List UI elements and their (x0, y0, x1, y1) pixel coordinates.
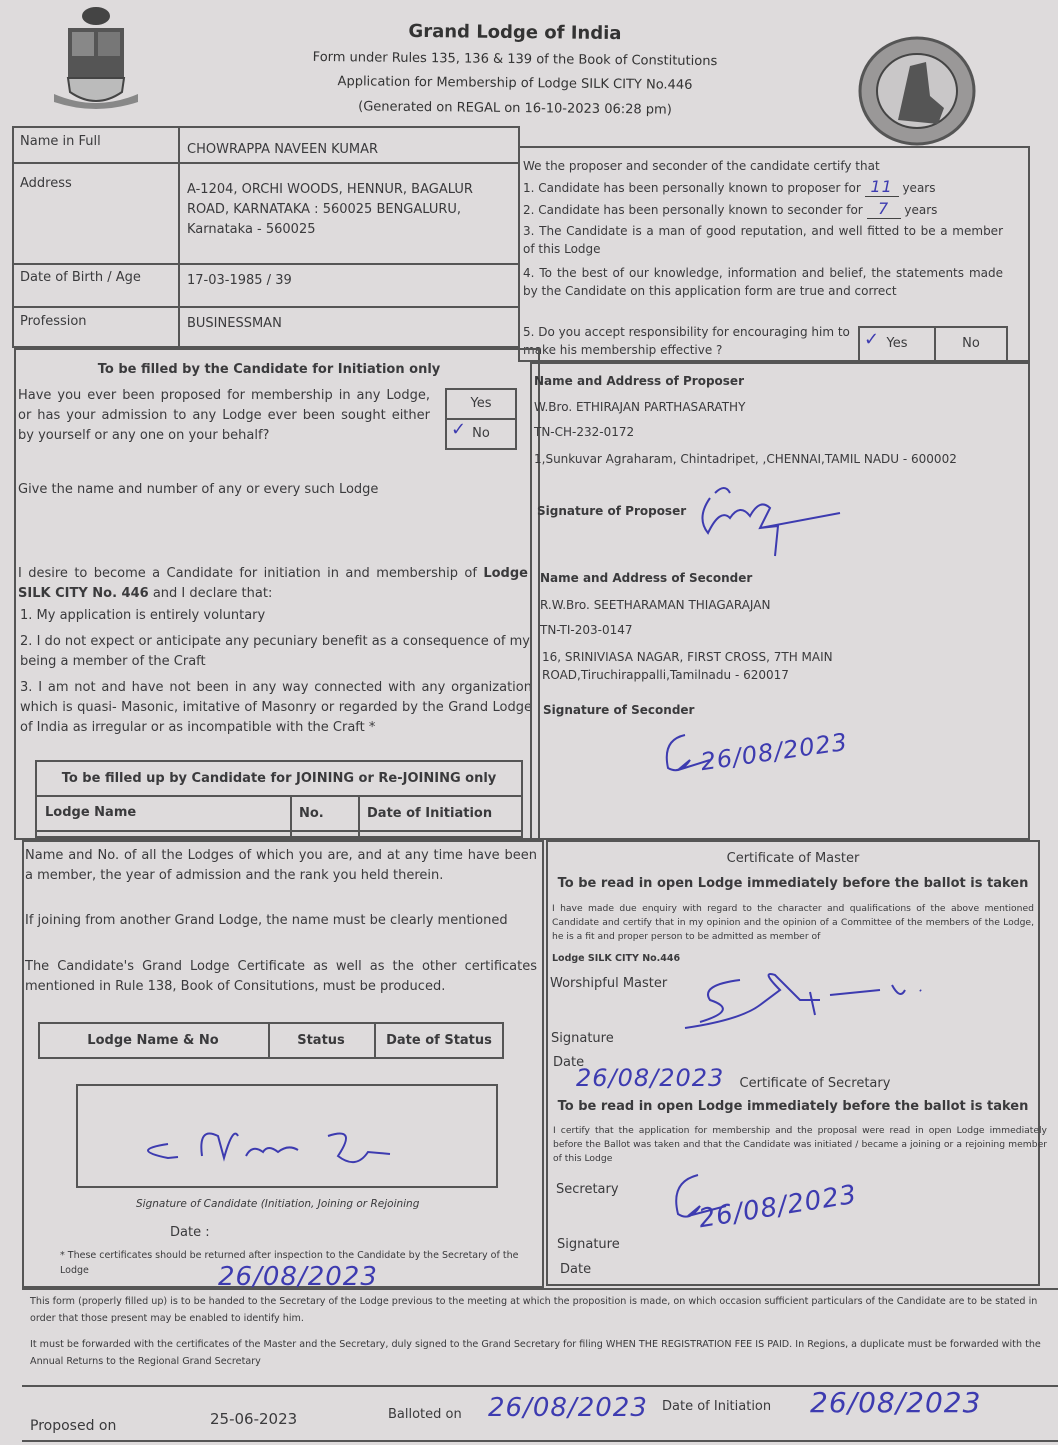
seconder-name: R.W.Bro. SEETHARAMAN THIAGARAJAN (540, 596, 770, 614)
date-of-initiation-value: 26/08/2023 (810, 1386, 981, 1419)
name-label: Name in Full (20, 132, 101, 152)
declaration-item-2: 2. I do not expect or anticipate any pec… (20, 632, 530, 672)
certify-item-2: 2. Candidate has been personally known t… (523, 200, 937, 219)
candidate-signature (128, 1116, 428, 1176)
secretary-cert-body: I certify that the application for membe… (553, 1124, 1047, 1166)
seconder-years-value: 7 (867, 200, 901, 219)
form-title: Grand Lodge of India (330, 20, 700, 45)
lodges-col-status: Status (268, 1031, 374, 1051)
secretary-cert-title: Certificate of Secretary (680, 1074, 950, 1094)
proposer-signature-label: Signature of Proposer (537, 502, 686, 520)
secretary-cert-subtitle: To be read in open Lodge immediately bef… (546, 1097, 1040, 1117)
seconder-id: TN-TI-203-0147 (540, 621, 633, 639)
address-label: Address (20, 174, 72, 194)
encourage-yes-checkbox[interactable]: ✓ Yes (858, 326, 936, 362)
candidate-signature-caption: Signature of Candidate (Initiation, Join… (136, 1197, 419, 1212)
master-signature-label: Signature (551, 1029, 614, 1049)
form-application-line: Application for Membership of Lodge SILK… (270, 73, 760, 93)
lodges-col-name-no: Lodge Name & No (38, 1031, 268, 1051)
name-value: CHOWRAPPA NAVEEN KUMAR (187, 140, 378, 160)
address-value: A-1204, ORCHI WOODS, HENNUR, BAGALUR ROA… (187, 180, 507, 240)
joining-table-heading: To be filled up by Candidate for JOINING… (35, 769, 523, 789)
secretary-date-label: Date (560, 1260, 591, 1280)
date-of-initiation-label: Date of Initiation (662, 1397, 771, 1417)
master-signature (680, 960, 960, 1035)
lodges-col-date-of-status: Date of Status (374, 1031, 504, 1051)
proposer-years-value: 11 (865, 178, 899, 197)
lodges-membership-section (22, 840, 544, 1288)
declaration-item-1: 1. My application is entirely voluntary (20, 606, 265, 626)
dob-value: 17-03-1985 / 39 (187, 271, 292, 291)
form-rules-line: Form under Rules 135, 136 & 139 of the B… (270, 49, 760, 69)
secretary-label: Secretary (556, 1180, 619, 1200)
worshipful-master-label: Worshipful Master (550, 974, 667, 994)
encourage-no-checkbox[interactable]: No (934, 326, 1008, 362)
proposer-signature (690, 478, 860, 558)
prior-proposal-no-checkbox[interactable]: ✓ No (445, 418, 517, 450)
check-mark-icon: ✓ (451, 416, 466, 444)
initiation-question: Have you ever been proposed for membersh… (18, 386, 430, 446)
balloted-on-label: Balloted on (388, 1405, 462, 1425)
balloted-on-value: 26/08/2023 (488, 1393, 648, 1423)
lodges-info-p3: The Candidate's Grand Lodge Certificate … (25, 957, 537, 997)
proposer-id: TN-CH-232-0172 (534, 423, 634, 441)
regional-seal-icon (858, 36, 976, 146)
proposed-on-label: Proposed on (30, 1416, 116, 1436)
certify-item-4: 4. To the best of our knowledge, informa… (523, 264, 1003, 300)
coat-of-arms-icon (50, 2, 142, 112)
certify-item-5: 5. Do you accept responsibility for enco… (523, 323, 858, 359)
form-generated-line: (Generated on REGAL on 16-10-2023 06:28 … (270, 98, 760, 118)
declaration-intro: I desire to become a Candidate for initi… (18, 564, 528, 604)
profession-value: BUSINESSMAN (187, 314, 282, 334)
joining-col-no: No. (299, 804, 324, 824)
certify-item-1: 1. Candidate has been personally known t… (523, 178, 935, 197)
master-cert-title: Certificate of Master (546, 849, 1040, 869)
give-lodge-name-prompt: Give the name and number of any or every… (18, 480, 378, 500)
secretary-signature-label: Signature (557, 1235, 620, 1255)
candidate-date-label: Date : (170, 1223, 210, 1243)
seconder-address: 16, SRINIVIASA NAGAR, FIRST CROSS, 7TH M… (542, 648, 902, 684)
certify-intro: We the proposer and seconder of the cand… (523, 157, 880, 175)
footer-note-1: This form (properly filled up) is to be … (30, 1293, 1058, 1327)
profession-label: Profession (20, 312, 87, 332)
master-cert-lodge: Lodge SILK CITY No.446 (552, 951, 680, 966)
dob-label: Date of Birth / Age (20, 268, 141, 288)
seconder-signature-label: Signature of Seconder (543, 701, 694, 719)
master-cert-subtitle: To be read in open Lodge immediately bef… (546, 874, 1040, 894)
certify-item-3: 3. The Candidate is a man of good reputa… (523, 222, 1003, 258)
application-form: Grand Lodge of India Form under Rules 13… (0, 0, 1058, 1445)
proposed-on-value: 25-06-2023 (210, 1409, 297, 1429)
proposer-heading: Name and Address of Proposer (534, 372, 744, 390)
check-mark-icon: ✓ (864, 324, 879, 356)
proposer-address: 1,Sunkuvar Agraharam, Chintadripet, ,CHE… (534, 450, 974, 468)
joining-col-lodge-name: Lodge Name (45, 803, 136, 823)
seconder-heading: Name and Address of Seconder (540, 569, 752, 587)
lodges-info-p2: If joining from another Grand Lodge, the… (25, 911, 537, 931)
proposer-name: W.Bro. ETHIRAJAN PARTHASARATHY (534, 398, 745, 416)
lodges-info-p1: Name and No. of all the Lodges of which … (25, 846, 537, 886)
footer-note-2: It must be forwarded with the certificat… (30, 1336, 1058, 1370)
initiation-heading: To be filled by the Candidate for Initia… (14, 360, 524, 380)
declaration-item-3: 3. I am not and have not been in any way… (20, 678, 532, 738)
master-cert-body: I have made due enquiry with regard to t… (552, 902, 1034, 944)
joining-col-date-of-initiation: Date of Initiation (367, 804, 492, 824)
